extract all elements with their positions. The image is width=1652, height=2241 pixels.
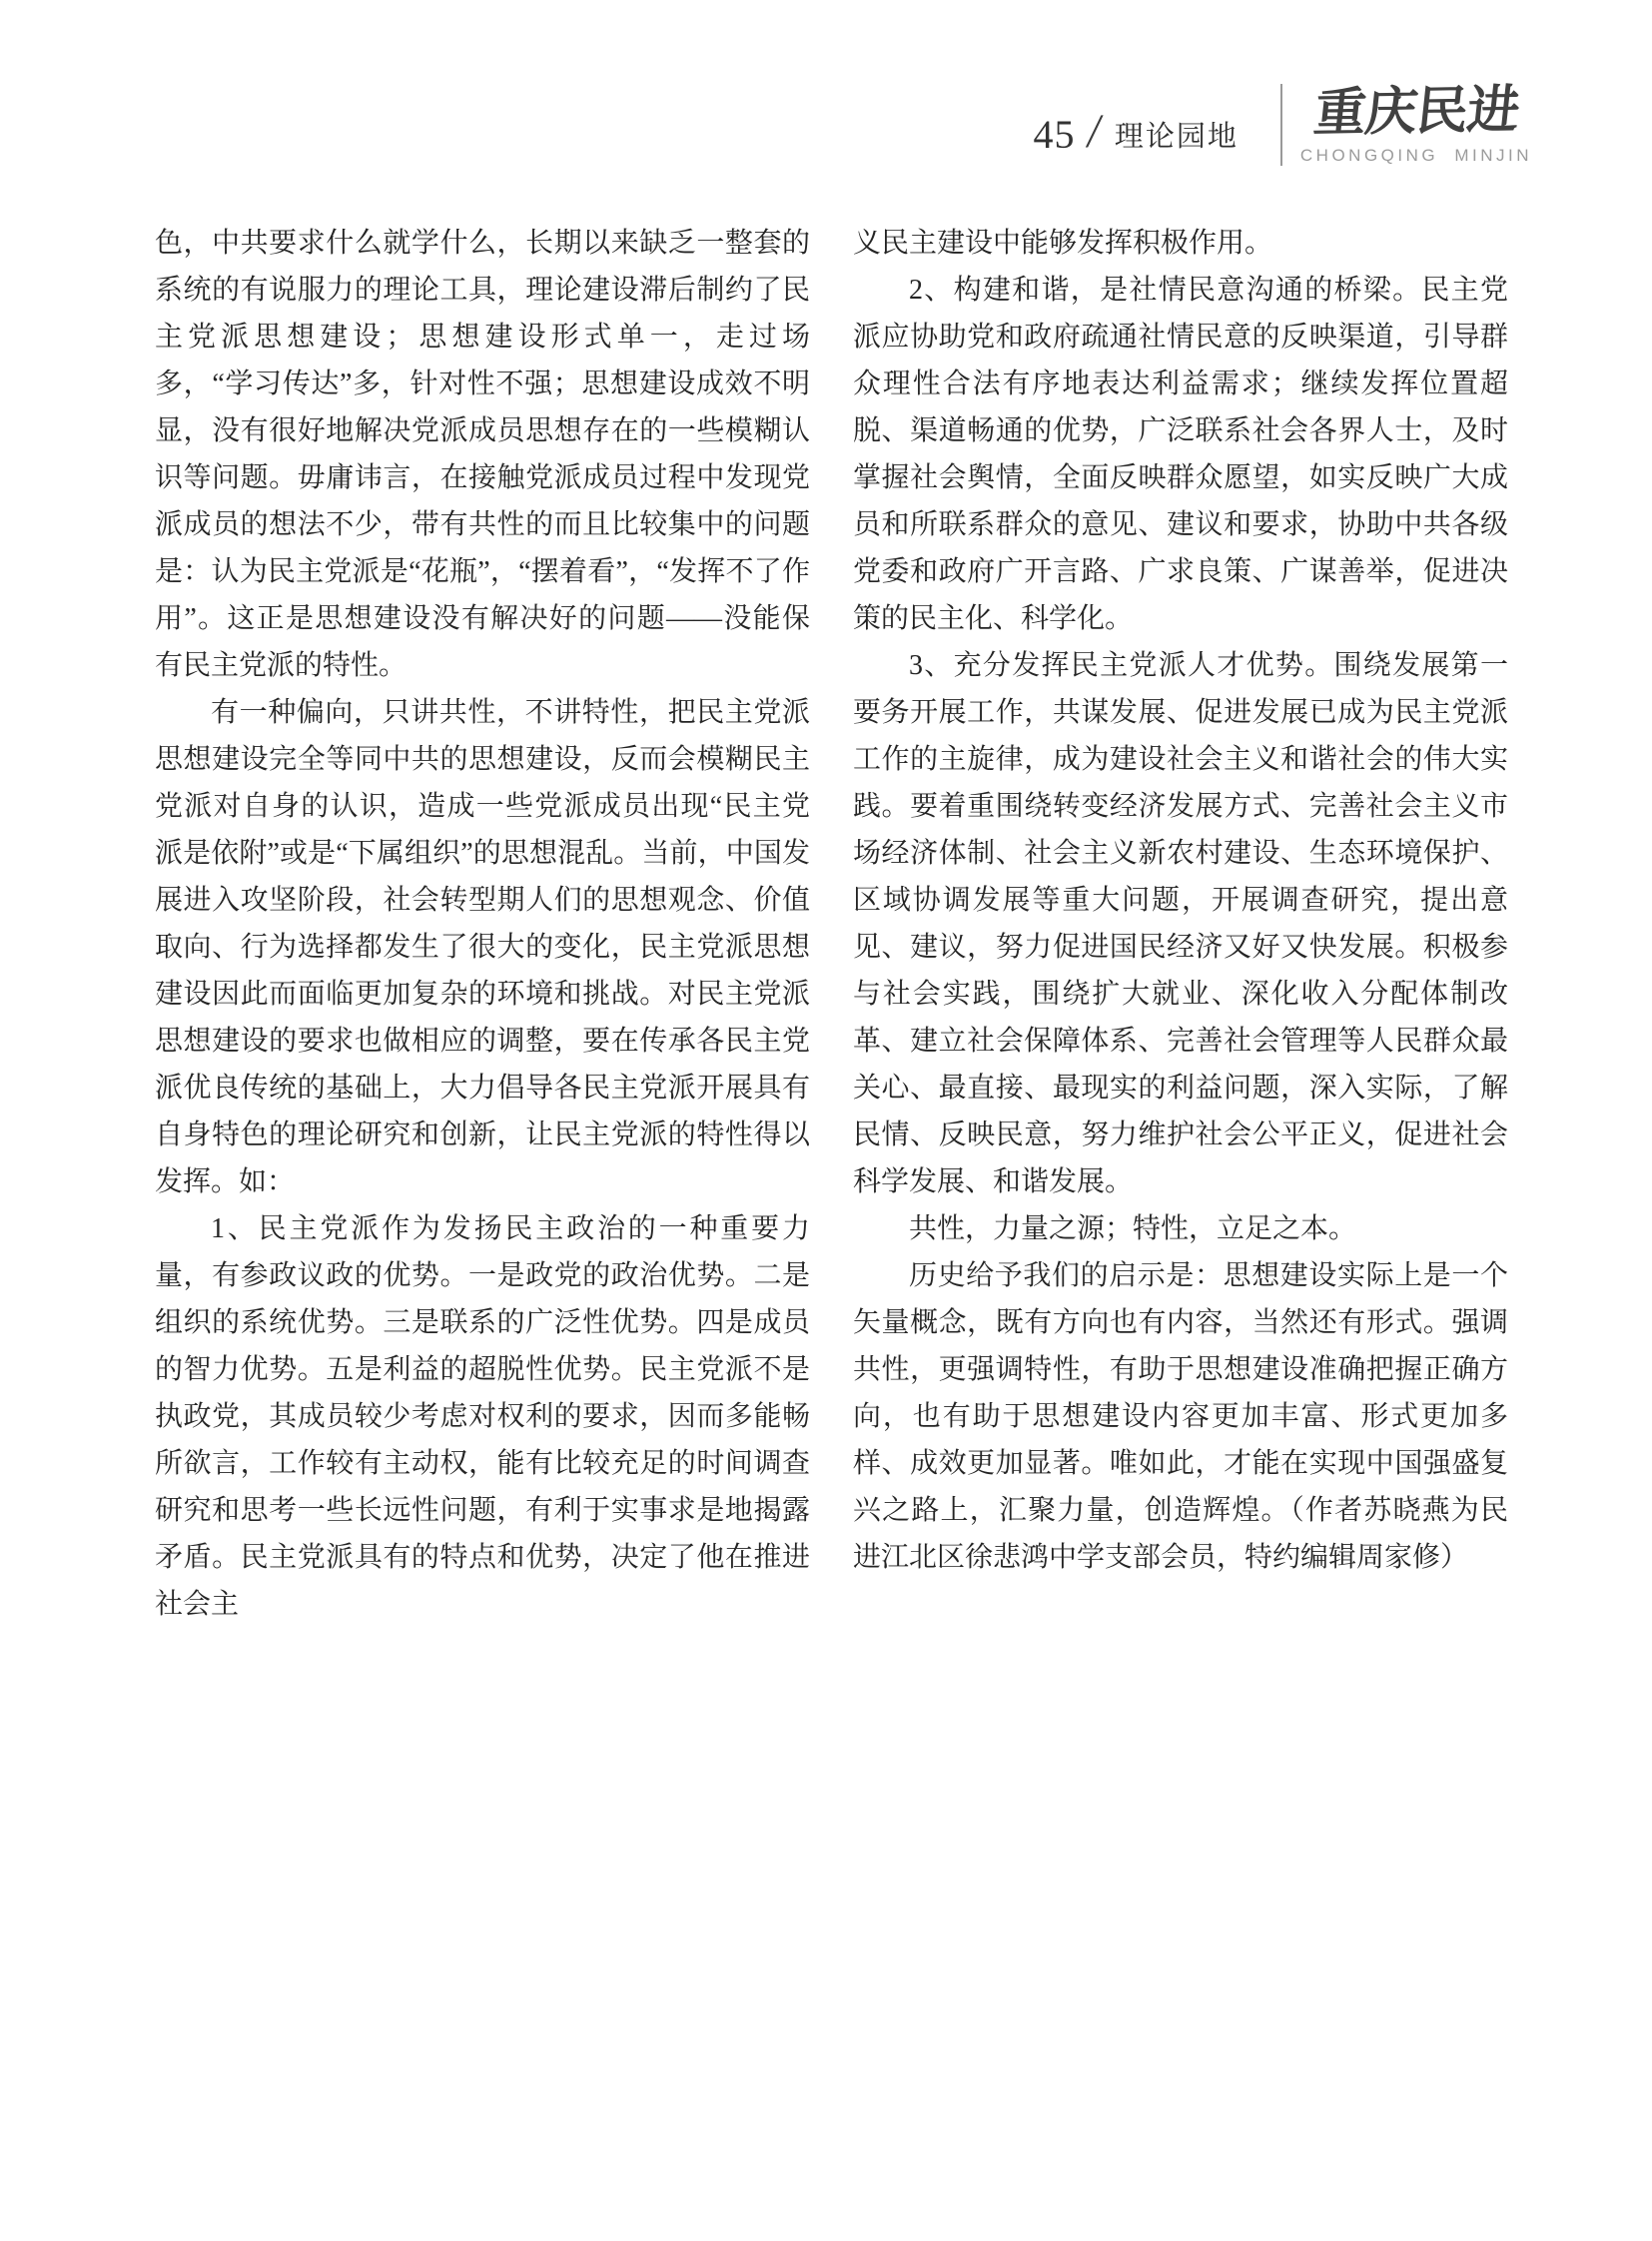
magazine-page: 45 / 理论园地 重庆民进 CHONGQING MINJIN 色，中共要求什么…	[0, 0, 1652, 2241]
logo-subtext: CHONGQING MINJIN	[1300, 146, 1532, 166]
paragraph: 1、民主党派作为发扬民主政治的一种重要力量，有参政议政的优势。一是政党的政治优势…	[155, 1205, 810, 1628]
section-title: 理论园地	[1115, 114, 1239, 155]
paragraph: 义民主建设中能够发挥积极作用。	[853, 220, 1508, 267]
paragraph: 历史给予我们的启示是：思想建设实际上是一个矢量概念，既有方向也有内容，当然还有形…	[853, 1252, 1508, 1581]
logo-calligraphy-text: 重庆民进	[1311, 83, 1521, 144]
vertical-divider	[1280, 84, 1282, 166]
paragraph: 3、充分发挥民主党派人才优势。围绕发展第一要务开展工作，共谋发展、促进发展已成为…	[853, 642, 1508, 1205]
article-body: 色，中共要求什么就学什么，长期以来缺乏一整套的系统的有说服力的理论工具，理论建设…	[155, 220, 1508, 1628]
paragraph: 色，中共要求什么就学什么，长期以来缺乏一整套的系统的有说服力的理论工具，理论建设…	[155, 220, 810, 689]
column-right: 义民主建设中能够发挥积极作用。 2、构建和谐，是社情民意沟通的桥梁。民主党派应协…	[853, 220, 1508, 1628]
slash-divider: /	[1084, 104, 1105, 159]
column-left: 色，中共要求什么就学什么，长期以来缺乏一整套的系统的有说服力的理论工具，理论建设…	[155, 220, 810, 1628]
page-header: 45 / 理论园地 重庆民进 CHONGQING MINJIN	[1034, 84, 1532, 166]
paragraph: 共性，力量之源；特性，立足之本。	[853, 1205, 1508, 1252]
paragraph: 2、构建和谐，是社情民意沟通的桥梁。民主党派应协助党和政府疏通社情民意的反映渠道…	[853, 267, 1508, 642]
page-number: 45	[1034, 111, 1076, 158]
paragraph: 有一种偏向，只讲共性，不讲特性，把民主党派思想建设完全等同中共的思想建设，反而会…	[155, 689, 810, 1205]
logo: 重庆民进 CHONGQING MINJIN	[1300, 84, 1532, 165]
folio: 45 / 理论园地	[1034, 104, 1239, 165]
